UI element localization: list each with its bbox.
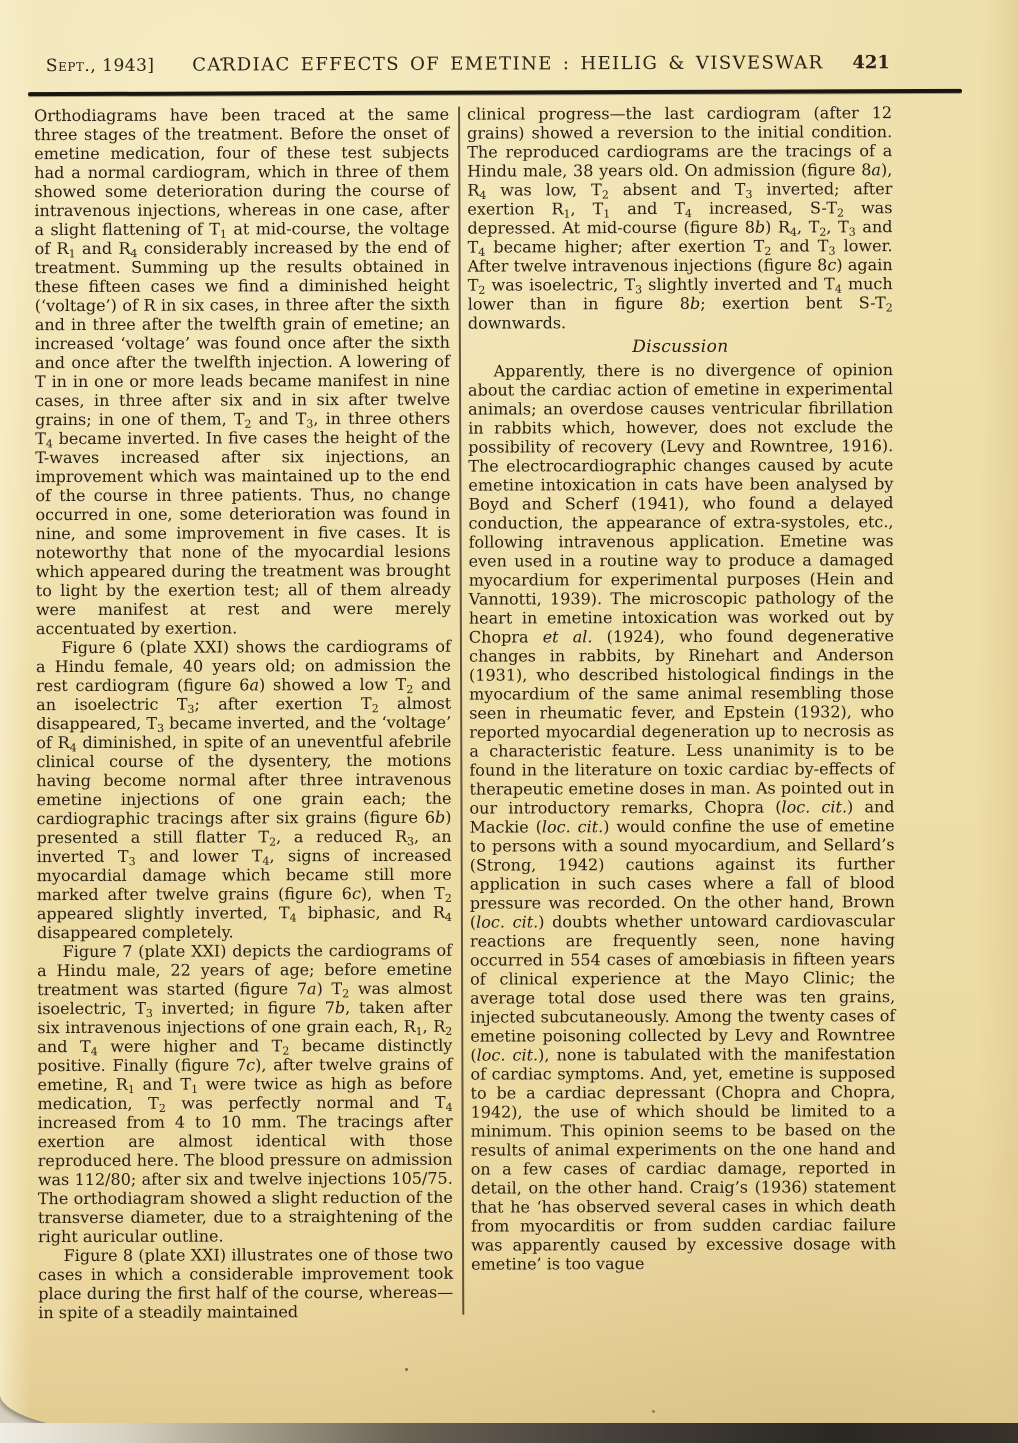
paragraph: clinical progress—the last cardiogram (a… (467, 103, 893, 332)
two-column-text: Orthodiagrams have been traced at the sa… (34, 103, 896, 1322)
running-header: Sept., 1943] CARDIAC EFFECTS OF EMETINE … (34, 49, 892, 90)
section-heading: Discussion (468, 336, 893, 357)
header-rule (28, 89, 962, 96)
paper-page: Sept., 1943] CARDIAC EFFECTS OF EMETINE … (0, 0, 1018, 1434)
paragraph: Orthodiagrams have been traced at the sa… (34, 105, 451, 638)
header-page-number: 421 (852, 52, 890, 73)
paragraph: Figure 6 (plate XXI) shows the cardiogra… (36, 637, 452, 942)
paragraph: Figure 8 (plate XXI) illustrates one of … (38, 1245, 453, 1322)
scan-bottom-edge (0, 1423, 1018, 1443)
left-column: Orthodiagrams have been traced at the sa… (34, 105, 453, 1322)
paragraph: Figure 7 (plate XXI) depicts the cardiog… (37, 941, 453, 1246)
header-title: CARDIAC EFFECTS OF EMETINE : HEILIG & VI… (124, 52, 892, 76)
page-content: Sept., 1943] CARDIAC EFFECTS OF EMETINE … (34, 49, 896, 1322)
paragraph: Apparently, there is no divergence of op… (468, 360, 896, 1273)
right-column: clinical progress—the last cardiogram (a… (467, 103, 896, 1320)
column-divider-rule (458, 107, 464, 1315)
